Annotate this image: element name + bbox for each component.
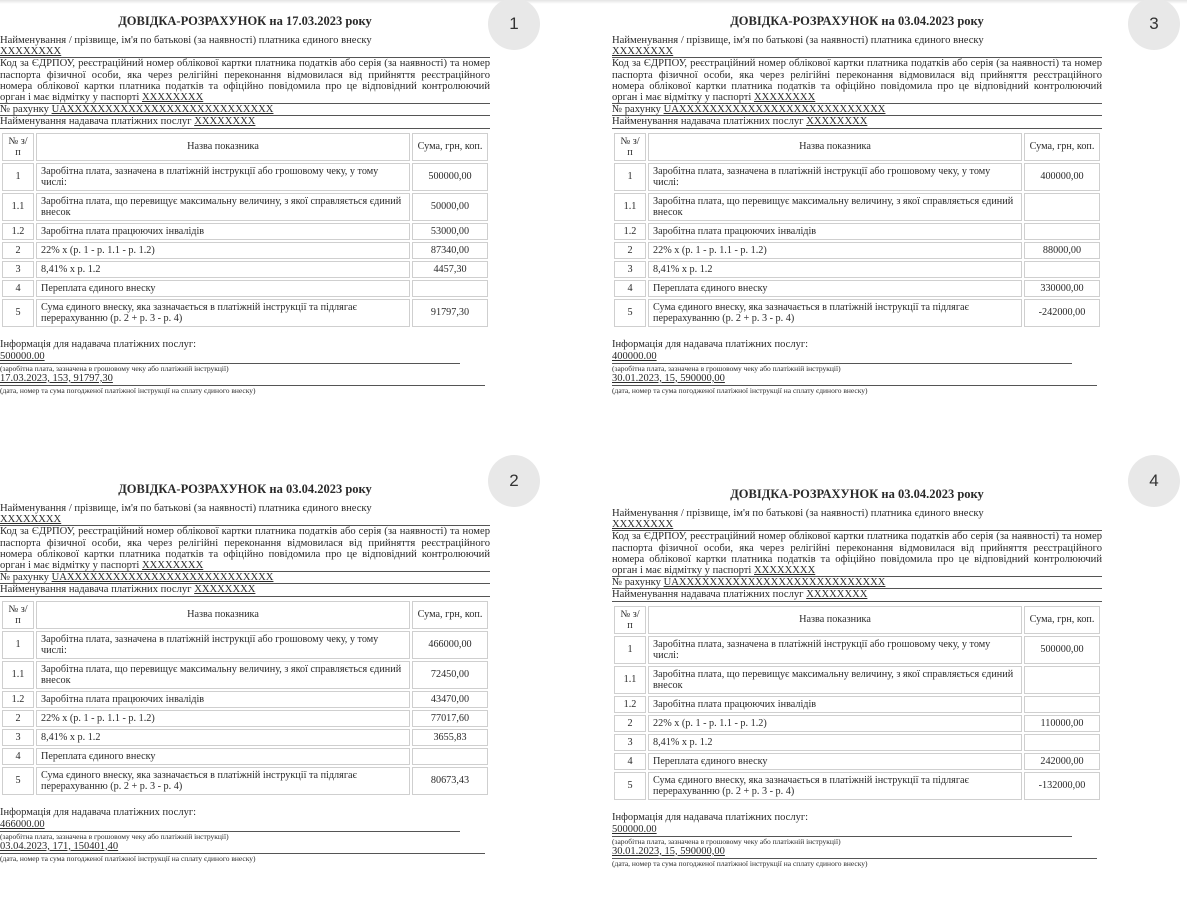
row-sum xyxy=(412,748,488,765)
table-header-row: № з/п Назва показника Сума, грн, коп. xyxy=(2,601,488,629)
row-sum: 3655,83 xyxy=(412,729,488,746)
row-name: Сума єдиного внеску, яка зазначається в … xyxy=(648,299,1022,327)
payer-label: Найменування / прізвище, ім'я по батьков… xyxy=(612,35,984,46)
passport-value: XXXXXXXX xyxy=(142,92,203,103)
info-payment-value: 30.01.2023, 15, 590000,00 xyxy=(612,846,1097,859)
info-salary-value: 500000.00 xyxy=(612,824,1072,837)
row-number: 4 xyxy=(614,753,646,770)
info-title: Інформація для надавача платіжних послуг… xyxy=(612,812,808,823)
row-number: 2 xyxy=(614,242,646,259)
row-name: Заробітна плата, зазначена в платіжній і… xyxy=(36,163,410,191)
calculation-table: № з/п Назва показника Сума, грн, коп. 1З… xyxy=(612,131,1102,329)
badge-3: 3 xyxy=(1128,0,1180,50)
row-sum: 80673,43 xyxy=(412,767,488,795)
col-sum-header: Сума, грн, коп. xyxy=(412,601,488,629)
provider-label: Найменування надавача платіжних послуг xyxy=(612,589,804,600)
row-number: 3 xyxy=(614,734,646,751)
info-caption-payment: (дата, номер та сума погодженої платіжно… xyxy=(0,854,460,863)
badge-1: 1 xyxy=(488,0,540,50)
payer-line: Найменування / прізвище, ім'я по батьков… xyxy=(612,508,1102,519)
payer-label: Найменування / прізвище, ім'я по батьков… xyxy=(0,503,372,514)
row-number: 5 xyxy=(2,299,34,327)
info-caption-salary: (заробітна плата, зазначена в грошовому … xyxy=(0,364,460,373)
table-row: 1.2Заробітна плата працюючих інвалідів xyxy=(614,696,1100,713)
table-row: 4Переплата єдиного внеску242000,00 xyxy=(614,753,1100,770)
row-number: 2 xyxy=(2,242,34,259)
row-number: 1.2 xyxy=(614,696,646,713)
row-sum: 50000,00 xyxy=(412,193,488,221)
row-number: 1.1 xyxy=(614,193,646,221)
payer-label: Найменування / прізвище, ім'я по батьков… xyxy=(612,508,984,519)
table-row: 1Заробітна плата, зазначена в платіжній … xyxy=(614,636,1100,664)
col-name-header: Назва показника xyxy=(648,606,1022,634)
row-sum: -132000,00 xyxy=(1024,772,1100,800)
table-row: 1.1Заробітна плата, що перевищує максима… xyxy=(614,666,1100,694)
row-name: Заробітна плата працюючих інвалідів xyxy=(648,696,1022,713)
info-caption-salary: (заробітна плата, зазначена в грошовому … xyxy=(612,364,1072,373)
row-sum xyxy=(1024,666,1100,694)
table-row: 5Сума єдиного внеску, яка зазначається в… xyxy=(2,767,488,795)
row-sum: 72450,00 xyxy=(412,661,488,689)
row-name: Переплата єдиного внеску xyxy=(36,280,410,297)
row-sum: 87340,00 xyxy=(412,242,488,259)
table-row: 1.1Заробітна плата, що перевищує максима… xyxy=(2,661,488,689)
row-name: Заробітна плата працюючих інвалідів xyxy=(36,691,410,708)
row-number: 4 xyxy=(2,748,34,765)
table-row: 1.1Заробітна плата, що перевищує максима… xyxy=(614,193,1100,221)
code-line: Код за ЄДРПОУ, реєстраційний номер облік… xyxy=(612,58,1102,104)
info-payment-value: 30.01.2023, 15, 590000,00 xyxy=(612,373,1097,386)
row-number: 5 xyxy=(2,767,34,795)
top-shadow xyxy=(0,0,1187,4)
col-sum-header: Сума, грн, коп. xyxy=(1024,133,1100,161)
code-label: Код за ЄДРПОУ, реєстраційний номер облік… xyxy=(612,58,1102,103)
info-salary-value: 400000.00 xyxy=(612,351,1072,364)
badge-4: 4 xyxy=(1128,455,1180,507)
row-name: Сума єдиного внеску, яка зазначається в … xyxy=(648,772,1022,800)
table-body: 1Заробітна плата, зазначена в платіжній … xyxy=(2,631,488,795)
table-header-row: № з/п Назва показника Сума, грн, коп. xyxy=(614,606,1100,634)
table-row: 38,41% х р. 1.2 xyxy=(614,261,1100,278)
code-line: Код за ЄДРПОУ, реєстраційний номер облік… xyxy=(0,526,490,572)
row-name: 8,41% х р. 1.2 xyxy=(648,734,1022,751)
certificate-panel-2: ДОВІДКА-РОЗРАХУНОК на 03.04.2023 року На… xyxy=(0,482,490,863)
row-name: 22% х (р. 1 - р. 1.1 - р. 1.2) xyxy=(648,715,1022,732)
col-num-header: № з/п xyxy=(614,606,646,634)
row-name: 22% х (р. 1 - р. 1.1 - р. 1.2) xyxy=(648,242,1022,259)
row-number: 1.1 xyxy=(2,661,34,689)
calculation-table: № з/п Назва показника Сума, грн, коп. 1З… xyxy=(612,604,1102,802)
row-sum: 400000,00 xyxy=(1024,163,1100,191)
col-name-header: Назва показника xyxy=(36,133,410,161)
row-number: 1.2 xyxy=(2,691,34,708)
account-line: № рахунку UAXXXXXXXXXXXXXXXXXXXXXXXXXXX xyxy=(0,104,490,116)
badge-2: 2 xyxy=(488,455,540,507)
col-num-header: № з/п xyxy=(614,133,646,161)
table-row: 38,41% х р. 1.2 xyxy=(614,734,1100,751)
provider-value: XXXXXXXX xyxy=(806,116,867,127)
provider-info: Інформація для надавача платіжних послуг… xyxy=(612,339,1072,395)
provider-line: Найменування надавача платіжних послуг X… xyxy=(612,116,1102,128)
table-row: 5Сума єдиного внеску, яка зазначається в… xyxy=(614,772,1100,800)
table-row: 1.2Заробітна плата працюючих інвалідів xyxy=(614,223,1100,240)
table-body: 1Заробітна плата, зазначена в платіжній … xyxy=(614,163,1100,327)
row-sum: 4457,30 xyxy=(412,261,488,278)
table-row: 38,41% х р. 1.24457,30 xyxy=(2,261,488,278)
row-sum: 88000,00 xyxy=(1024,242,1100,259)
code-line: Код за ЄДРПОУ, реєстраційний номер облік… xyxy=(0,58,490,104)
payer-label: Найменування / прізвище, ім'я по батьков… xyxy=(0,35,372,46)
provider-line: Найменування надавача платіжних послуг X… xyxy=(0,116,490,128)
account-value: UAXXXXXXXXXXXXXXXXXXXXXXXXXXX xyxy=(664,104,886,115)
row-name: 8,41% х р. 1.2 xyxy=(36,729,410,746)
calculation-table: № з/п Назва показника Сума, грн, коп. 1З… xyxy=(0,599,490,797)
row-sum: 242000,00 xyxy=(1024,753,1100,770)
row-name: Сума єдиного внеску, яка зазначається в … xyxy=(36,767,410,795)
row-name: Заробітна плата, що перевищує максимальн… xyxy=(648,193,1022,221)
account-line: № рахунку UAXXXXXXXXXXXXXXXXXXXXXXXXXXX xyxy=(612,577,1102,589)
row-number: 1 xyxy=(2,163,34,191)
payer-value: XXXXXXXX xyxy=(612,519,673,530)
row-name: 8,41% х р. 1.2 xyxy=(36,261,410,278)
row-number: 1 xyxy=(614,636,646,664)
provider-value: XXXXXXXX xyxy=(806,589,867,600)
row-number: 3 xyxy=(2,261,34,278)
provider-label: Найменування надавача платіжних послуг xyxy=(612,116,804,127)
row-number: 2 xyxy=(614,715,646,732)
table-row: 1.2Заробітна плата працюючих інвалідів43… xyxy=(2,691,488,708)
calculation-table: № з/п Назва показника Сума, грн, коп. 1З… xyxy=(0,131,490,329)
certificate-panel-4: ДОВІДКА-РОЗРАХУНОК на 03.04.2023 року На… xyxy=(612,487,1102,868)
provider-label: Найменування надавача платіжних послуг xyxy=(0,584,192,595)
row-name: Заробітна плата, що перевищує максимальн… xyxy=(648,666,1022,694)
certificate-title: ДОВІДКА-РОЗРАХУНОК на 03.04.2023 року xyxy=(612,14,1102,29)
row-name: Заробітна плата працюючих інвалідів xyxy=(648,223,1022,240)
table-row: 5Сума єдиного внеску, яка зазначається в… xyxy=(614,299,1100,327)
row-name: 22% х (р. 1 - р. 1.1 - р. 1.2) xyxy=(36,242,410,259)
table-row: 1Заробітна плата, зазначена в платіжній … xyxy=(614,163,1100,191)
row-sum: 500000,00 xyxy=(412,163,488,191)
provider-info: Інформація для надавача платіжних послуг… xyxy=(612,812,1072,868)
row-name: Переплата єдиного внеску xyxy=(648,280,1022,297)
provider-line: Найменування надавача платіжних послуг X… xyxy=(612,589,1102,601)
row-sum: 77017,60 xyxy=(412,710,488,727)
info-caption-payment: (дата, номер та сума погодженої платіжно… xyxy=(0,386,460,395)
table-row: 222% х (р. 1 - р. 1.1 - р. 1.2)88000,00 xyxy=(614,242,1100,259)
code-line: Код за ЄДРПОУ, реєстраційний номер облік… xyxy=(612,531,1102,577)
account-value: UAXXXXXXXXXXXXXXXXXXXXXXXXXXX xyxy=(52,572,274,583)
row-number: 4 xyxy=(2,280,34,297)
row-sum: -242000,00 xyxy=(1024,299,1100,327)
table-row: 1.1Заробітна плата, що перевищує максима… xyxy=(2,193,488,221)
info-title: Інформація для надавача платіжних послуг… xyxy=(0,339,196,350)
provider-value: XXXXXXXX xyxy=(194,116,255,127)
passport-value: XXXXXXXX xyxy=(142,560,203,571)
certificate-panel-1: ДОВІДКА-РОЗРАХУНОК на 17.03.2023 року На… xyxy=(0,14,490,395)
row-number: 3 xyxy=(2,729,34,746)
table-body: 1Заробітна плата, зазначена в платіжній … xyxy=(614,636,1100,800)
row-sum xyxy=(1024,696,1100,713)
row-number: 2 xyxy=(2,710,34,727)
table-row: 222% х (р. 1 - р. 1.1 - р. 1.2)77017,60 xyxy=(2,710,488,727)
row-number: 1.1 xyxy=(614,666,646,694)
table-row: 4Переплата єдиного внеску330000,00 xyxy=(614,280,1100,297)
row-sum: 91797,30 xyxy=(412,299,488,327)
account-line: № рахунку UAXXXXXXXXXXXXXXXXXXXXXXXXXXX xyxy=(0,572,490,584)
info-caption-salary: (заробітна плата, зазначена в грошовому … xyxy=(0,832,460,841)
account-label: № рахунку xyxy=(612,577,661,588)
payer-value-line: XXXXXXXX xyxy=(612,519,1102,531)
payer-line: Найменування / прізвище, ім'я по батьков… xyxy=(0,35,490,46)
row-sum: 53000,00 xyxy=(412,223,488,240)
payer-value: XXXXXXXX xyxy=(612,46,673,57)
code-label: Код за ЄДРПОУ, реєстраційний номер облік… xyxy=(0,58,490,103)
col-num-header: № з/п xyxy=(2,133,34,161)
certificate-title: ДОВІДКА-РОЗРАХУНОК на 17.03.2023 року xyxy=(0,14,490,29)
provider-label: Найменування надавача платіжних послуг xyxy=(0,116,192,127)
row-sum: 43470,00 xyxy=(412,691,488,708)
info-payment-value: 17.03.2023, 153, 91797,30 xyxy=(0,373,485,386)
provider-info: Інформація для надавача платіжних послуг… xyxy=(0,339,460,395)
row-number: 1.1 xyxy=(2,193,34,221)
row-sum xyxy=(1024,734,1100,751)
row-name: Заробітна плата, зазначена в платіжній і… xyxy=(648,636,1022,664)
passport-value: XXXXXXXX xyxy=(754,92,815,103)
row-sum xyxy=(1024,193,1100,221)
info-salary-value: 466000.00 xyxy=(0,819,460,832)
row-name: Заробітна плата, що перевищує максимальн… xyxy=(36,193,410,221)
info-title: Інформація для надавача платіжних послуг… xyxy=(612,339,808,350)
row-name: 22% х (р. 1 - р. 1.1 - р. 1.2) xyxy=(36,710,410,727)
provider-line: Найменування надавача платіжних послуг X… xyxy=(0,584,490,596)
payer-value: XXXXXXXX xyxy=(0,514,61,525)
row-name: Заробітна плата, зазначена в платіжній і… xyxy=(36,631,410,659)
payer-line: Найменування / прізвище, ім'я по батьков… xyxy=(0,503,490,514)
payer-line: Найменування / прізвище, ім'я по батьков… xyxy=(612,35,1102,46)
payer-value: XXXXXXXX xyxy=(0,46,61,57)
payer-value-line: XXXXXXXX xyxy=(0,514,490,526)
row-name: Заробітна плата, зазначена в платіжній і… xyxy=(648,163,1022,191)
row-name: Заробітна плата, що перевищує максимальн… xyxy=(36,661,410,689)
account-label: № рахунку xyxy=(0,104,49,115)
info-caption-payment: (дата, номер та сума погодженої платіжно… xyxy=(612,386,1072,395)
account-label: № рахунку xyxy=(0,572,49,583)
row-sum xyxy=(1024,223,1100,240)
row-number: 1 xyxy=(2,631,34,659)
certificate-panel-3: ДОВІДКА-РОЗРАХУНОК на 03.04.2023 року На… xyxy=(612,14,1102,395)
table-header-row: № з/п Назва показника Сума, грн, коп. xyxy=(614,133,1100,161)
info-salary-value: 500000.00 xyxy=(0,351,460,364)
table-row: 38,41% х р. 1.23655,83 xyxy=(2,729,488,746)
table-row: 222% х (р. 1 - р. 1.1 - р. 1.2)87340,00 xyxy=(2,242,488,259)
table-row: 5Сума єдиного внеску, яка зазначається в… xyxy=(2,299,488,327)
info-payment-value: 03.04.2023, 171, 150401,40 xyxy=(0,841,485,854)
account-label: № рахунку xyxy=(612,104,661,115)
info-caption-salary: (заробітна плата, зазначена в грошовому … xyxy=(612,837,1072,846)
col-name-header: Назва показника xyxy=(36,601,410,629)
certificate-title: ДОВІДКА-РОЗРАХУНОК на 03.04.2023 року xyxy=(0,482,490,497)
info-caption-payment: (дата, номер та сума погодженої платіжно… xyxy=(612,859,1072,868)
row-sum xyxy=(412,280,488,297)
col-sum-header: Сума, грн, коп. xyxy=(1024,606,1100,634)
row-name: Переплата єдиного внеску xyxy=(36,748,410,765)
row-sum xyxy=(1024,261,1100,278)
table-row: 4Переплата єдиного внеску xyxy=(2,748,488,765)
row-name: Заробітна плата працюючих інвалідів xyxy=(36,223,410,240)
account-value: UAXXXXXXXXXXXXXXXXXXXXXXXXXXX xyxy=(52,104,274,115)
table-header-row: № з/п Назва показника Сума, грн, коп. xyxy=(2,133,488,161)
col-sum-header: Сума, грн, коп. xyxy=(412,133,488,161)
row-name: 8,41% х р. 1.2 xyxy=(648,261,1022,278)
row-name: Переплата єдиного внеску xyxy=(648,753,1022,770)
account-value: UAXXXXXXXXXXXXXXXXXXXXXXXXXXX xyxy=(664,577,886,588)
row-sum: 110000,00 xyxy=(1024,715,1100,732)
code-label: Код за ЄДРПОУ, реєстраційний номер облік… xyxy=(0,526,490,571)
payer-value-line: XXXXXXXX xyxy=(612,46,1102,58)
passport-value: XXXXXXXX xyxy=(754,565,815,576)
row-number: 4 xyxy=(614,280,646,297)
row-number: 1.2 xyxy=(2,223,34,240)
col-num-header: № з/п xyxy=(2,601,34,629)
provider-info: Інформація для надавача платіжних послуг… xyxy=(0,807,460,863)
table-body: 1Заробітна плата, зазначена в платіжній … xyxy=(2,163,488,327)
row-sum: 330000,00 xyxy=(1024,280,1100,297)
table-row: 1Заробітна плата, зазначена в платіжній … xyxy=(2,163,488,191)
table-row: 4Переплата єдиного внеску xyxy=(2,280,488,297)
row-number: 5 xyxy=(614,299,646,327)
table-row: 222% х (р. 1 - р. 1.1 - р. 1.2)110000,00 xyxy=(614,715,1100,732)
code-label: Код за ЄДРПОУ, реєстраційний номер облік… xyxy=(612,531,1102,576)
table-row: 1.2Заробітна плата працюючих інвалідів53… xyxy=(2,223,488,240)
col-name-header: Назва показника xyxy=(648,133,1022,161)
table-row: 1Заробітна плата, зазначена в платіжній … xyxy=(2,631,488,659)
certificate-title: ДОВІДКА-РОЗРАХУНОК на 03.04.2023 року xyxy=(612,487,1102,502)
row-name: Сума єдиного внеску, яка зазначається в … xyxy=(36,299,410,327)
row-number: 1 xyxy=(614,163,646,191)
row-number: 1.2 xyxy=(614,223,646,240)
info-title: Інформація для надавача платіжних послуг… xyxy=(0,807,196,818)
row-number: 3 xyxy=(614,261,646,278)
payer-value-line: XXXXXXXX xyxy=(0,46,490,58)
row-number: 5 xyxy=(614,772,646,800)
provider-value: XXXXXXXX xyxy=(194,584,255,595)
account-line: № рахунку UAXXXXXXXXXXXXXXXXXXXXXXXXXXX xyxy=(612,104,1102,116)
row-sum: 500000,00 xyxy=(1024,636,1100,664)
row-sum: 466000,00 xyxy=(412,631,488,659)
